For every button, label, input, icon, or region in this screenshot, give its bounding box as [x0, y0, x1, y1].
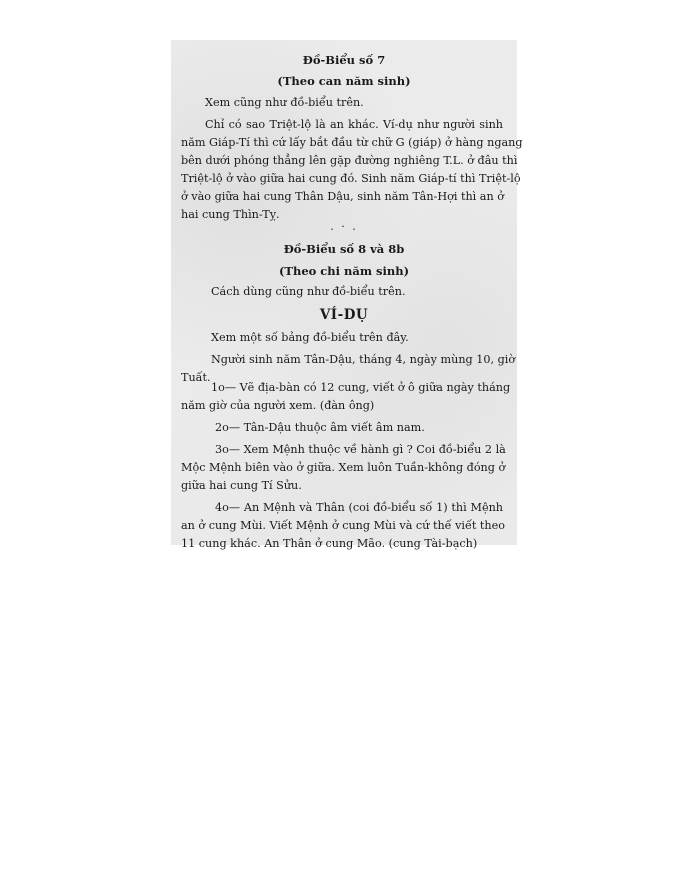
example-case-line: Người sinh năm Tân-Dậu, tháng 4, ngày mù…: [211, 351, 503, 370]
step-3-line: giữa hai cung Tí Sửu.: [181, 477, 503, 496]
section-8-title: Đồ-Biểu số 8 và 8b: [171, 240, 517, 259]
section-8-paragraph-1: Cách dùng cũng như đồ-biểu trên.: [211, 283, 406, 302]
step-3-line: Mộc Mệnh biên vào ở giữa. Xem luôn Tuần-…: [181, 459, 503, 478]
scanned-book-page: Đồ-Biểu số 7 (Theo can năm sinh) Xem cũn…: [171, 40, 517, 545]
section-7-paragraph-1: Xem cũng như đồ-biểu trên.: [205, 94, 364, 113]
section-7-paragraph-2-line: Triệt-lộ ở vào giữa hai cung đó. Sinh nă…: [181, 170, 503, 189]
section-8-subtitle: (Theo chi năm sinh): [171, 262, 517, 281]
step-1-line: 1o— Vẽ địa-bàn có 12 cung, viết ở ô giữa…: [211, 379, 503, 398]
step-1-line: năm giờ của người xem. (đàn ông): [181, 397, 503, 416]
section-7-title: Đồ-Biểu số 7: [171, 51, 517, 70]
example-intro: Xem một số bảng đồ-biểu trên đây.: [211, 329, 409, 348]
section-7-paragraph-2-line: ở vào giữa hai cung Thân Dậu, sinh năm T…: [181, 188, 503, 207]
step-4-line: an ở cung Mùi. Viết Mệnh ở cung Mùi và c…: [181, 517, 503, 536]
step-4-line: 11 cung khác. An Thân ở cung Mão. (cung …: [181, 535, 503, 554]
section-7-paragraph-2-line: năm Giáp-Tí thì cứ lấy bắt đầu từ chữ G …: [181, 134, 503, 153]
section-7-paragraph-2-line: bên dưới phóng thẳng lên gặp đường nghiê…: [181, 152, 503, 171]
section-separator: . · .: [171, 218, 517, 237]
step-3-line: 3o— Xem Mệnh thuộc về hành gì ? Coi đồ-b…: [215, 441, 503, 460]
step-2-line: 2o— Tân-Dậu thuộc âm viết âm nam.: [215, 419, 503, 438]
example-title: VÍ-DỤ: [171, 306, 517, 325]
section-7-subtitle: (Theo can năm sinh): [171, 72, 517, 91]
step-4-line: 4o— An Mệnh và Thân (coi đồ-biểu số 1) t…: [215, 499, 503, 518]
section-7-paragraph-2-line: Chỉ có sao Triệt-lộ là an khác. Ví-dụ nh…: [205, 116, 503, 135]
